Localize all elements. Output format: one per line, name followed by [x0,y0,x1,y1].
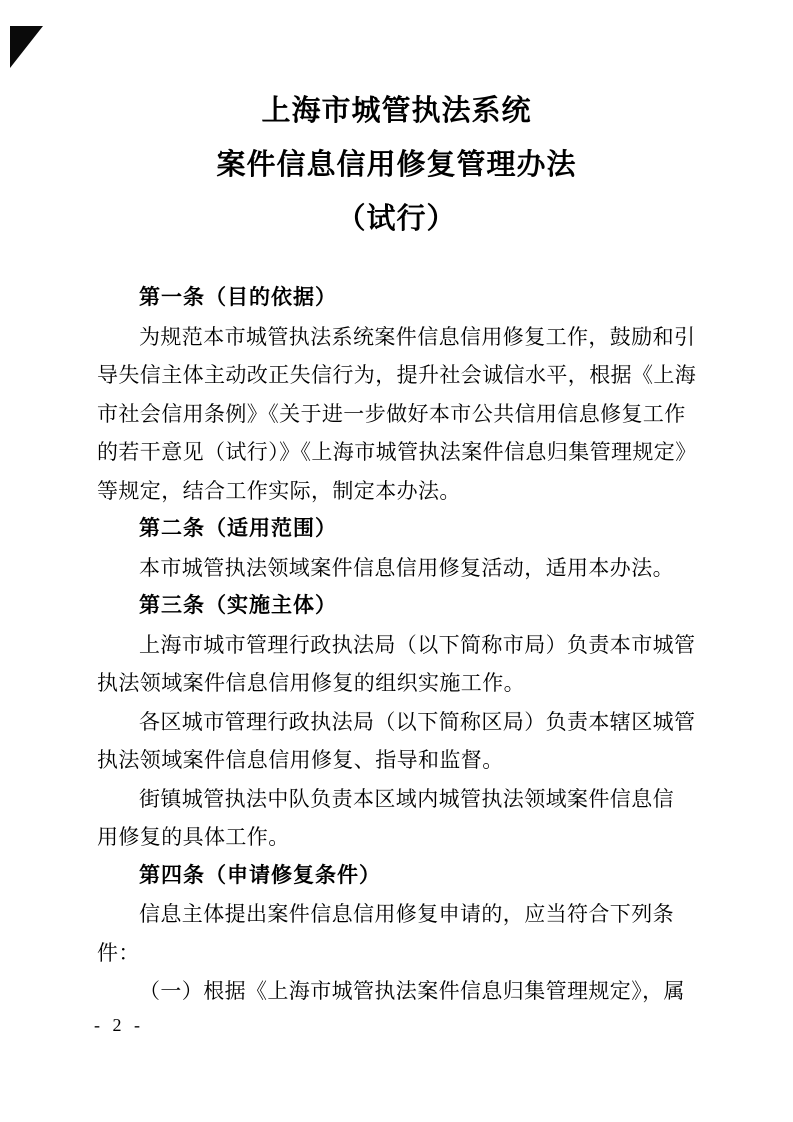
document-body: 第一条（目的依据） 为规范本市城管执法系统案件信息信用修复工作，鼓励和引 导失信… [97,279,703,1011]
title-line-2: 案件信息信用修复管理办法 [0,138,793,192]
article-1-heading: 第一条（目的依据） [97,279,703,318]
page-number: - 2 - [94,1011,144,1039]
scan-corner-triangle-mark [10,26,43,68]
title-line-3: （试行） [0,192,793,246]
body-line: 导失信主体主动改正失信行为，提升社会诚信水平，根据《上海 [97,356,703,395]
body-line: 街镇城管执法中队负责本区域内城管执法领域案件信息信 [97,780,703,819]
article-4-heading: 第四条（申请修复条件） [97,857,703,896]
body-line: 为规范本市城管执法系统案件信息信用修复工作，鼓励和引 [97,318,703,357]
body-line: 各区城市管理行政执法局（以下简称区局）负责本辖区城管 [97,703,703,742]
body-line: 执法领域案件信息信用修复、指导和监督。 [97,741,703,780]
document-page: 上海市城管执法系统 案件信息信用修复管理办法 （试行） 第一条（目的依据） 为规… [0,0,793,1122]
document-title: 上海市城管执法系统 案件信息信用修复管理办法 （试行） [0,84,793,246]
body-line: 信息主体提出案件信息信用修复申请的，应当符合下列条 [97,895,703,934]
body-line: 的若干意见（试行）》《上海市城管执法案件信息归集管理规定》 [97,433,703,472]
title-line-1: 上海市城管执法系统 [0,84,793,138]
body-line: 等规定，结合工作实际，制定本办法。 [97,472,703,511]
body-line: 执法领域案件信息信用修复的组织实施工作。 [97,664,703,703]
body-line: 上海市城市管理行政执法局（以下简称市局）负责本市城管 [97,626,703,665]
article-3-heading: 第三条（实施主体） [97,587,703,626]
article-2-heading: 第二条（适用范围） [97,510,703,549]
body-line: （一）根据《上海市城管执法案件信息归集管理规定》，属 [97,972,703,1011]
body-line: 本市城管执法领域案件信息信用修复活动，适用本办法。 [97,549,703,588]
body-line: 市社会信用条例》《关于进一步做好本市公共信用信息修复工作 [97,395,703,434]
body-line: 用修复的具体工作。 [97,818,703,857]
body-line: 件： [97,934,703,973]
